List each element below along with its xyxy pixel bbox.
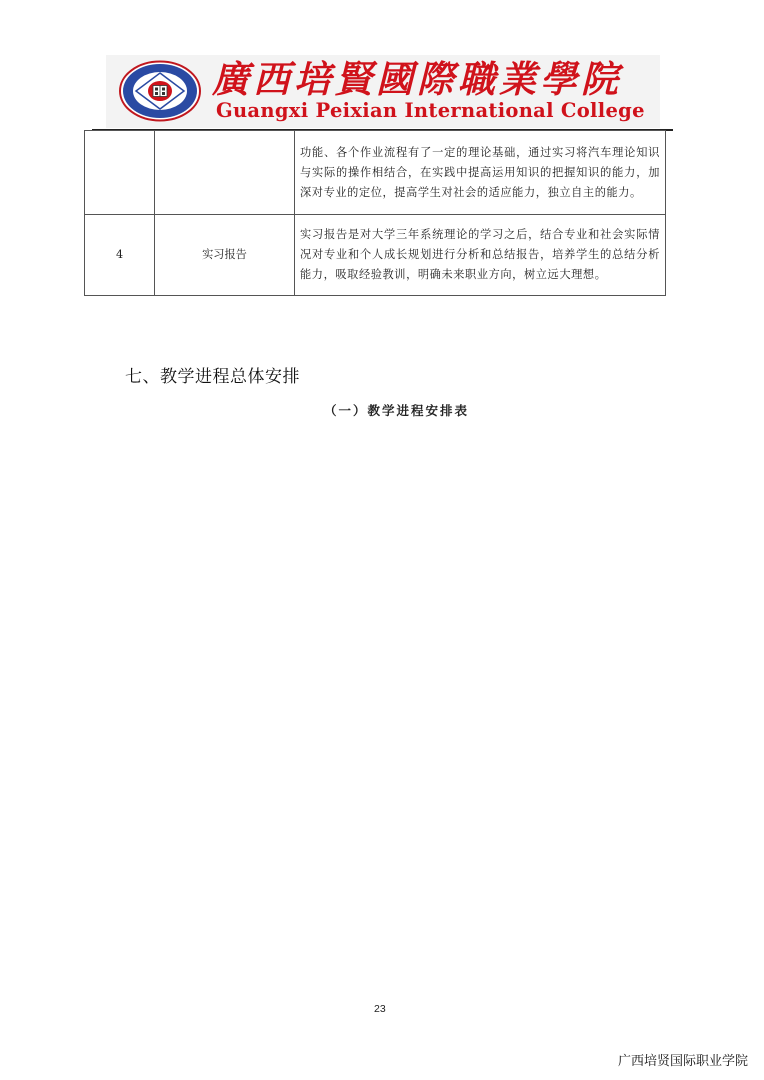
row-description: 功能、各个作业流程有了一定的理论基础，通过实习将汽车理论知识与实际的操作相结合，… [295,131,666,215]
subsection-heading: （一）教学进程安排表 [324,401,469,419]
row-description: 实习报告是对大学三年系统理论的学习之后，结合专业和社会实际情况对专业和个人成长规… [295,215,666,296]
footer-college-name: 广西培贤国际职业学院 [618,1050,748,1069]
college-name-cn: 廣西培賢國際職業學院 [212,57,652,101]
table-row: 4 实习报告 实习报告是对大学三年系统理论的学习之后，结合专业和社会实际情况对专… [85,215,666,296]
row-course-name [155,131,295,215]
course-description-table: 功能、各个作业流程有了一定的理论基础，通过实习将汽车理论知识与实际的操作相结合，… [84,130,666,296]
row-number: 4 [85,215,155,296]
row-number [85,131,155,215]
section-heading: 七、教学进程总体安排 [125,362,300,387]
college-logo-icon [118,60,202,122]
header-banner: 廣西培賢國際職業學院 Guangxi Peixian International… [106,55,660,128]
college-name-en: Guangxi Peixian International College [216,99,645,123]
page-number: 23 [374,1003,386,1015]
table-row: 功能、各个作业流程有了一定的理论基础，通过实习将汽车理论知识与实际的操作相结合，… [85,131,666,215]
row-course-name: 实习报告 [155,215,295,296]
